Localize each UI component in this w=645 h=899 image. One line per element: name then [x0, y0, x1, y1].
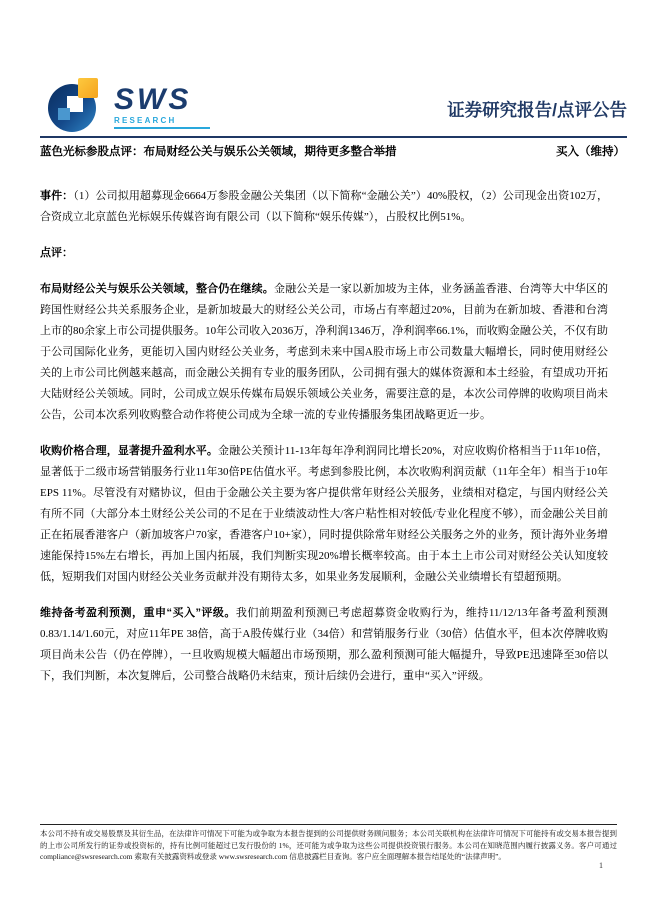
logo-sws-text: SWS — [114, 86, 210, 114]
page-number: 1 — [599, 861, 603, 870]
paragraph-1-text: 金融公关是一家以新加坡为主体，业务涵盖香港、台湾等大中华区的跨国性财经公共关系服… — [40, 283, 608, 421]
report-page: SWS RESEARCH 证券研究报告/点评公告 蓝色光标参股点评：布局财经公关… — [0, 0, 645, 899]
header-divider — [40, 136, 627, 138]
logo-research-text: RESEARCH — [114, 116, 210, 125]
event-paragraph: 事件：（1）公司拟用超募现金6664万参股金融公关集团（以下简称“金融公关”）4… — [40, 186, 608, 228]
comment-paragraph-3: 维持备考盈利预测，重申“买入”评级。我们前期盈利预测已考虑超募资金收购行为，维持… — [40, 603, 608, 687]
event-text: （1）公司拟用超募现金6664万参股金融公关集团（以下简称“金融公关”）40%股… — [40, 190, 608, 223]
paragraph-3-lead: 维持备考盈利预测，重申“买入”评级。 — [40, 607, 236, 619]
logo-wordmark: SWS RESEARCH — [114, 86, 210, 129]
paragraph-2-text: 金融公关预计11-13年每年净利润同比增长20%，对应收购价格相当于11年10倍… — [40, 445, 608, 583]
paragraph-1-lead: 布局财经公关与娱乐公关领域，整合仍在继续。 — [40, 283, 274, 295]
logo-blue-square — [58, 108, 70, 120]
paragraph-2-lead: 收购价格合理，显著提升盈利水平。 — [40, 445, 218, 457]
logo-underline — [114, 127, 210, 129]
report-title: 蓝色光标参股点评：布局财经公关与娱乐公关领域，期待更多整合举措 — [40, 144, 397, 160]
report-body: 事件：（1）公司拟用超募现金6664万参股金融公关集团（以下简称“金融公关”）4… — [40, 186, 608, 702]
sws-logo-icon — [48, 78, 108, 134]
event-label: 事件： — [40, 190, 73, 202]
title-bar: 蓝色光标参股点评：布局财经公关与娱乐公关领域，期待更多整合举措 买入（维持） — [40, 144, 625, 160]
comment-paragraph-2: 收购价格合理，显著提升盈利水平。金融公关预计11-13年每年净利润同比增长20%… — [40, 441, 608, 588]
rating-badge: 买入（维持） — [556, 144, 625, 160]
report-type-heading: 证券研究报告/点评公告 — [447, 97, 627, 122]
page-header: SWS RESEARCH 证券研究报告/点评公告 — [40, 82, 627, 137]
footer-disclaimer: 本公司不持有或交易股票及其衍生品，在法律许可情况下可能为或争取为本报告提到的公司… — [40, 824, 617, 863]
logo-yellow-square — [78, 78, 98, 98]
sws-logo: SWS RESEARCH — [48, 78, 278, 136]
comment-label: 点评： — [40, 243, 608, 264]
comment-paragraph-1: 布局财经公关与娱乐公关领域，整合仍在继续。金融公关是一家以新加坡为主体，业务涵盖… — [40, 279, 608, 426]
